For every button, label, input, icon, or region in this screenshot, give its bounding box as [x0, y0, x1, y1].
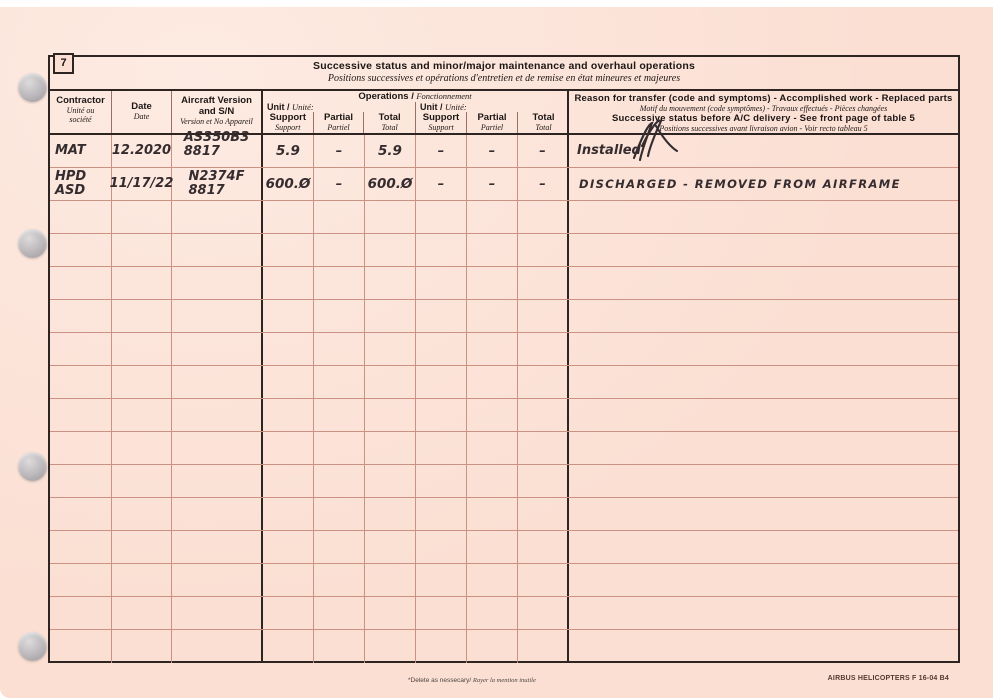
aircraft-cell: [172, 432, 263, 464]
handwritten-entry: 8817: [184, 145, 250, 159]
operations-cell: 600.Ø: [365, 168, 416, 200]
operations-cell: [416, 267, 467, 299]
operations-cell: [467, 465, 518, 497]
subcol-partial-1: Partial Partiel: [314, 112, 365, 133]
operations-cell: [467, 333, 518, 365]
operations-cell: [518, 234, 569, 266]
aircraft-cell: [172, 366, 263, 398]
operations-cell: [518, 333, 569, 365]
handwritten-entry: 600.Ø: [368, 176, 413, 192]
operations-cell: [467, 564, 518, 596]
subcol-partial-2: Partial Partiel: [467, 112, 518, 133]
operations-cell: [365, 399, 416, 431]
operations-cell: [467, 630, 518, 663]
operations-cell: [314, 564, 365, 596]
table-row-empty: [50, 630, 958, 663]
contractor-cell: HPDASD: [50, 168, 112, 200]
operations-cell: –: [467, 168, 518, 200]
operations-cell: [467, 498, 518, 530]
operations-cell: [518, 300, 569, 332]
aircraft-cell: [172, 201, 263, 233]
table-row-empty: [50, 531, 958, 564]
operations-cell: [365, 597, 416, 629]
contractor-cell: [50, 201, 112, 233]
operations-cell: [314, 333, 365, 365]
date-cell: [112, 234, 172, 266]
operations-cell: [518, 531, 569, 563]
operations-cell: [416, 366, 467, 398]
contractor-cell: [50, 267, 112, 299]
aircraft-cell: [172, 564, 263, 596]
operations-cell: –: [416, 135, 467, 167]
page-number-box: 7: [53, 53, 74, 74]
operations-cell: [467, 597, 518, 629]
operations-cell: [263, 465, 314, 497]
reason-cell: [569, 465, 958, 497]
aircraft-cell: [172, 300, 263, 332]
operations-cell: [416, 630, 467, 663]
table-row-empty: [50, 597, 958, 630]
operations-cell: [314, 432, 365, 464]
handwritten-entry: 12.2020: [112, 144, 171, 158]
operations-cell: [518, 630, 569, 663]
handwritten-entry: –: [489, 177, 496, 192]
aircraft-cell: [172, 531, 263, 563]
handwritten-entry: –: [438, 177, 445, 192]
table-row-empty: [50, 267, 958, 300]
operations-cell: [263, 201, 314, 233]
table-header: Contractor Unité ou société Date Date Ai…: [50, 91, 958, 135]
operations-cell: –: [467, 135, 518, 167]
subcol-support-2: Support Support: [416, 112, 467, 133]
operations-cell: [416, 531, 467, 563]
handwritten-entry: MAT: [55, 144, 86, 158]
operations-cell: [467, 531, 518, 563]
operations-cell: [416, 498, 467, 530]
aircraft-cell: N2374F8817: [172, 168, 263, 200]
punch-hole: [18, 452, 47, 481]
operations-cell: [467, 201, 518, 233]
reason-cell: Installed: [569, 135, 958, 167]
date-cell: [112, 201, 172, 233]
operations-cell: [467, 300, 518, 332]
operations-cell: [416, 234, 467, 266]
scanned-paper: 7 Successive status and minor/major main…: [0, 7, 993, 698]
operations-cell: [467, 234, 518, 266]
operations-cell: [467, 399, 518, 431]
operations-cell: 5.9: [365, 135, 416, 167]
table-row-empty: [50, 234, 958, 267]
operations-cell: [518, 399, 569, 431]
form-title-fr: Positions successives et opérations d'en…: [50, 73, 958, 84]
operations-cell: [416, 201, 467, 233]
handwritten-entry: –: [336, 144, 343, 159]
reason-cell: DISCHARGED - REMOVED FROM AIRFRAME: [569, 168, 958, 200]
handwritten-entry: –: [336, 177, 343, 192]
contractor-cell: [50, 597, 112, 629]
handwritten-entry: 5.9: [276, 143, 300, 159]
date-cell: [112, 531, 172, 563]
contractor-cell: [50, 630, 112, 663]
operations-cell: [467, 267, 518, 299]
aircraft-cell: [172, 333, 263, 365]
operations-cell: [263, 300, 314, 332]
table-row-empty: [50, 399, 958, 432]
operations-cell: [365, 267, 416, 299]
reason-cell: [569, 498, 958, 530]
operations-title: Operations / Fonctionnement: [263, 91, 567, 102]
operations-cell: 5.9: [263, 135, 314, 167]
operations-cell: [263, 630, 314, 663]
operations-cell: [365, 432, 416, 464]
aircraft-cell: [172, 597, 263, 629]
operations-cell: [365, 300, 416, 332]
reason-cell: [569, 234, 958, 266]
handwritten-entry: –: [539, 177, 546, 192]
aircraft-cell: [172, 267, 263, 299]
date-cell: [112, 432, 172, 464]
operations-cell: [518, 267, 569, 299]
signature-scribble: [627, 118, 681, 166]
operations-cell: [263, 267, 314, 299]
delete-footnote: *Delete as nessecary/ Rayer la mention i…: [408, 677, 536, 684]
operations-cell: [365, 531, 416, 563]
handwritten-entry: N2374F: [189, 170, 245, 184]
contractor-cell: [50, 399, 112, 431]
operations-cell: [518, 465, 569, 497]
operations-cell: [314, 498, 365, 530]
table-row-empty: [50, 201, 958, 234]
aircraft-cell: [172, 465, 263, 497]
operations-cell: [416, 432, 467, 464]
contractor-cell: [50, 300, 112, 332]
table-row-empty: [50, 465, 958, 498]
contractor-cell: [50, 564, 112, 596]
operations-cell: [365, 366, 416, 398]
subcol-support-1: Support Support: [263, 112, 314, 133]
operations-cell: [263, 432, 314, 464]
operations-cell: [467, 432, 518, 464]
handwritten-entry: ASD: [55, 184, 86, 198]
operations-cell: [416, 564, 467, 596]
reason-cell: [569, 267, 958, 299]
contractor-cell: [50, 498, 112, 530]
operations-cell: [263, 333, 314, 365]
operations-cell: [467, 366, 518, 398]
aircraft-cell: [172, 498, 263, 530]
operations-cell: [365, 498, 416, 530]
handwritten-entry: 11/17/22: [110, 177, 174, 191]
table-row-empty: [50, 366, 958, 399]
punch-hole: [18, 73, 47, 102]
date-cell: [112, 597, 172, 629]
operations-cell: [314, 465, 365, 497]
col-header-date: Date Date: [112, 91, 172, 133]
table-row-empty: [50, 333, 958, 366]
operations-cell: [416, 300, 467, 332]
operations-cell: [518, 432, 569, 464]
operations-cell: [365, 630, 416, 663]
aircraft-cell: [172, 399, 263, 431]
operations-cell: –: [416, 168, 467, 200]
reason-cell: [569, 597, 958, 629]
operations-cell: [314, 630, 365, 663]
operations-cell: [263, 234, 314, 266]
handwritten-entry: 600.Ø: [266, 176, 311, 192]
maintenance-table: Contractor Unité ou société Date Date Ai…: [48, 89, 960, 663]
operations-cell: [365, 465, 416, 497]
date-cell: [112, 366, 172, 398]
operations-cell: [416, 597, 467, 629]
unit-group-1: Unit / Unité: Support Support Partial Pa…: [263, 102, 416, 133]
handwritten-entry: –: [438, 144, 445, 159]
col-header-operations: Operations / Fonctionnement Unit / Unité…: [263, 91, 569, 133]
operations-cell: –: [518, 135, 569, 167]
col-header-aircraft: Aircraft Version and S/N Version et No A…: [172, 91, 263, 133]
table-row-empty: [50, 498, 958, 531]
table-row-empty: [50, 432, 958, 465]
subcol-total-2: Total Total: [518, 112, 569, 133]
handwritten-entry: 8817: [189, 184, 245, 198]
punch-hole: [18, 632, 47, 661]
operations-cell: [314, 531, 365, 563]
table-row-empty: [50, 564, 958, 597]
date-cell: 12.2020: [112, 135, 172, 167]
date-cell: [112, 333, 172, 365]
reason-cell: [569, 630, 958, 663]
operations-cell: [314, 201, 365, 233]
table-row-filled: MAT12.2020AS350B388175.9–5.9–––Installed: [50, 135, 958, 168]
unit-group-2: Unit / Unité: Support Support Partial Pa…: [416, 102, 569, 133]
operations-cell: [518, 366, 569, 398]
date-cell: [112, 465, 172, 497]
operations-cell: [314, 366, 365, 398]
aircraft-cell: [172, 234, 263, 266]
date-cell: [112, 564, 172, 596]
operations-cell: [263, 531, 314, 563]
operations-cell: [416, 399, 467, 431]
operations-cell: [518, 564, 569, 596]
handwritten-entry: –: [489, 144, 496, 159]
subcol-total-1: Total Total: [364, 112, 415, 133]
contractor-cell: [50, 366, 112, 398]
operations-cell: [518, 597, 569, 629]
operations-cell: –: [314, 168, 365, 200]
operations-cell: [263, 597, 314, 629]
form-reference: AIRBUS HELICOPTERS F 16-04 B4: [828, 675, 949, 682]
operations-cell: [263, 564, 314, 596]
reason-cell: [569, 333, 958, 365]
date-cell: [112, 300, 172, 332]
handwritten-entry: 5.9: [378, 143, 402, 159]
operations-cell: [263, 366, 314, 398]
operations-cell: 600.Ø: [263, 168, 314, 200]
form-title-en: Successive status and minor/major mainte…: [50, 60, 958, 72]
operations-cell: [365, 333, 416, 365]
punch-hole: [18, 229, 47, 258]
operations-cell: [314, 234, 365, 266]
handwritten-entry: AS350B3: [184, 131, 250, 145]
col-header-contractor: Contractor Unité ou société: [50, 91, 112, 133]
operations-cell: [314, 399, 365, 431]
reason-cell: [569, 432, 958, 464]
handwritten-entry: –: [539, 144, 546, 159]
reason-cell: [569, 564, 958, 596]
date-cell: [112, 498, 172, 530]
operations-cell: [518, 498, 569, 530]
contractor-cell: [50, 465, 112, 497]
date-cell: [112, 267, 172, 299]
handwritten-entry: HPD: [55, 170, 86, 184]
date-cell: [112, 630, 172, 663]
aircraft-cell: AS350B38817: [172, 135, 263, 167]
table-row-filled: HPDASD11/17/22N2374F8817600.Ø–600.Ø–––DI…: [50, 168, 958, 201]
operations-cell: [263, 399, 314, 431]
operations-cell: [416, 465, 467, 497]
operations-cell: [314, 597, 365, 629]
operations-cell: [365, 234, 416, 266]
date-cell: 11/17/22: [112, 168, 172, 200]
aircraft-cell: [172, 630, 263, 663]
reason-cell: [569, 366, 958, 398]
contractor-cell: [50, 234, 112, 266]
operations-cell: [263, 498, 314, 530]
handwritten-entry: DISCHARGED - REMOVED FROM AIRFRAME: [579, 177, 901, 191]
operations-cell: [365, 201, 416, 233]
operations-cell: [314, 300, 365, 332]
contractor-cell: [50, 333, 112, 365]
date-cell: [112, 399, 172, 431]
reason-cell: [569, 399, 958, 431]
operations-cell: –: [314, 135, 365, 167]
reason-cell: [569, 531, 958, 563]
contractor-cell: [50, 531, 112, 563]
reason-cell: [569, 300, 958, 332]
table-body: MAT12.2020AS350B388175.9–5.9–––Installed…: [50, 135, 958, 663]
table-row-empty: [50, 300, 958, 333]
operations-cell: [365, 564, 416, 596]
operations-cell: [518, 201, 569, 233]
operations-cell: [416, 333, 467, 365]
contractor-cell: MAT: [50, 135, 112, 167]
reason-cell: [569, 201, 958, 233]
operations-cell: [314, 267, 365, 299]
contractor-cell: [50, 432, 112, 464]
operations-cell: –: [518, 168, 569, 200]
title-band: 7 Successive status and minor/major main…: [48, 55, 960, 89]
